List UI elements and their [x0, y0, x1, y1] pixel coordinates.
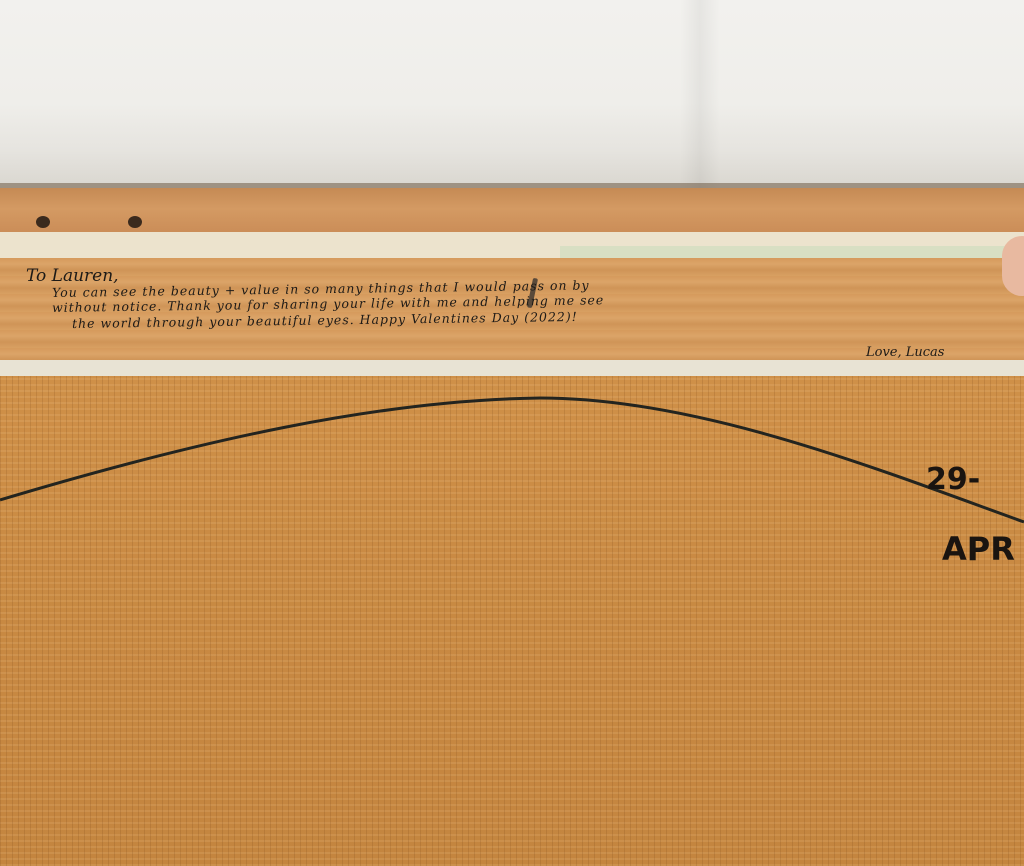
note-greeting: To Lauren, [26, 266, 119, 286]
note-signature: Love, Lucas [866, 345, 944, 360]
hanging-wire [0, 380, 1024, 540]
backing-mark-date: 29- [926, 462, 980, 497]
wood-knot [36, 216, 50, 228]
fabric-fold [680, 0, 720, 188]
backing-mark-month: APR [942, 530, 1015, 568]
finger [1002, 236, 1024, 296]
wood-knot [128, 216, 142, 228]
white-fabric-cover [0, 0, 1024, 188]
canvas-fray-bottom [0, 360, 1024, 376]
